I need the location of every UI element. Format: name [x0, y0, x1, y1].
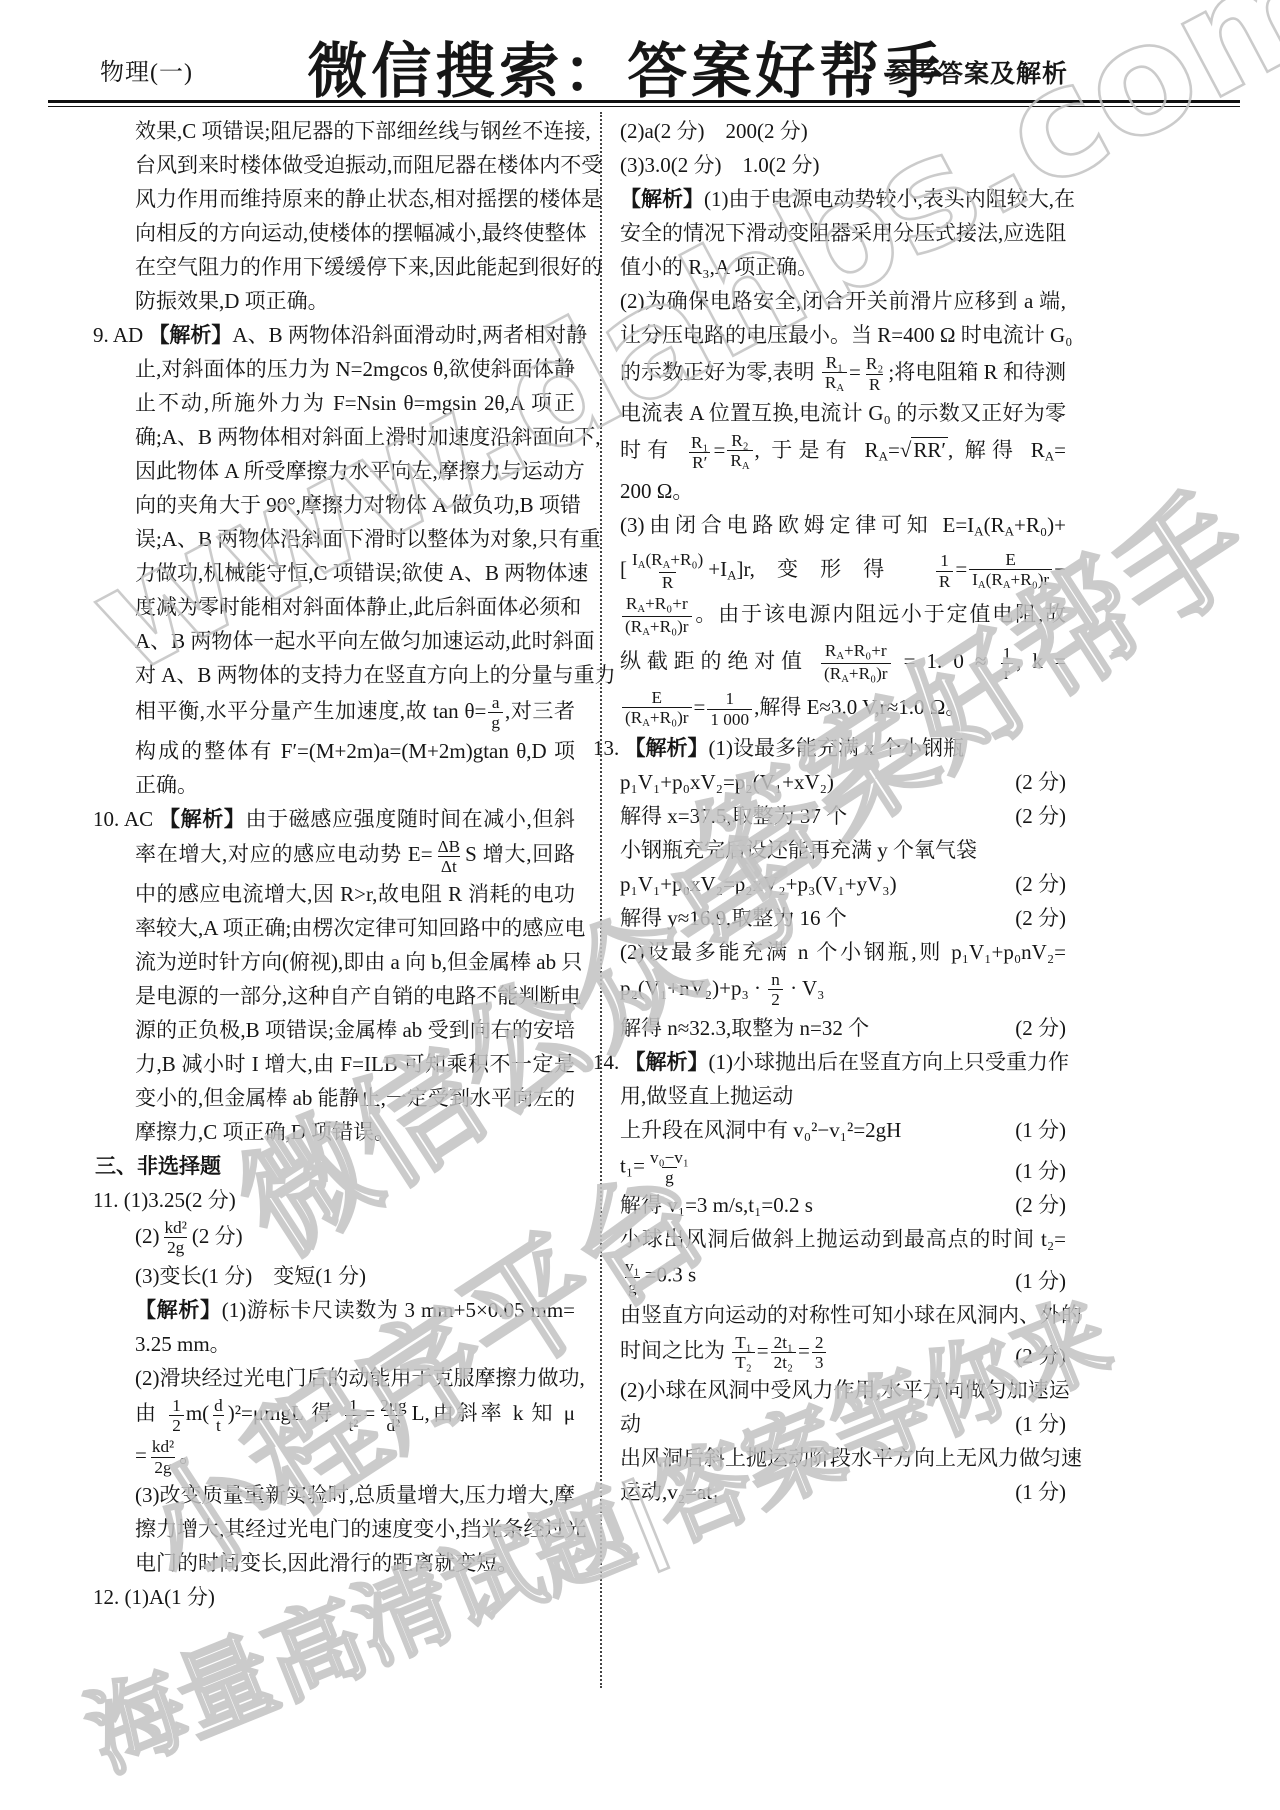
text-line: (2)kd²2g(2 分): [135, 1217, 575, 1259]
text-line: (3)改变质量重新实验时,总质量增大,压力增大,摩: [135, 1478, 575, 1512]
column-divider: [600, 112, 602, 1688]
text-line: 中的感应电流增大,因 R>r,故电阻 R 消耗的电功: [135, 877, 575, 911]
text-line: 效果,C 项错误;阻尼器的下部细丝线与钢丝不连接,: [135, 114, 575, 148]
text-line: 解得 n≈32.3,取整为 n=32 个(2 分): [620, 1011, 1066, 1045]
text-line: 是电源的一部分,这种自产自销的电路不能判断电: [135, 979, 575, 1013]
text-line: (3)由闭合电路欧姆定律可知 E=IA(RA+R₀)+: [620, 508, 1066, 549]
section-heading: 三、非选择题: [95, 1149, 575, 1183]
text-line: 【解析】(1)由于电源电动势较小,表头内阻较大,在: [620, 182, 1066, 216]
score-label: (2 分): [1007, 1011, 1066, 1045]
answer-block: 9. AD 【解析】A、B 两物体沿斜面滑动时,两者相对静止,对斜面体的压力为 …: [135, 318, 575, 802]
text-line: 率在增大,对应的感应电动势 E=ΔBΔtS 增大,回路: [135, 836, 575, 878]
text-line: (3)3.0(2 分) 1.0(2 分): [620, 148, 1066, 182]
text-line: 电流表 A 位置互换,电流计 G₀ 的示数又正好为零: [620, 396, 1066, 430]
answer-block: (2)a(2 分) 200(2 分)(3)3.0(2 分) 1.0(2 分)【解…: [620, 114, 1066, 731]
answers-label: 参考答案及解析: [886, 54, 1068, 90]
right-column: (2)a(2 分) 200(2 分)(3)3.0(2 分) 1.0(2 分)【解…: [620, 114, 1066, 1509]
text-line: 解得 y≈16.9,取整为 16 个(2 分): [620, 901, 1066, 935]
text-line: 小球出风洞后做斜上抛运动到最高点的时间 t₂=: [620, 1222, 1066, 1256]
text-line: 【解析】(1)游标卡尺读数为 3 mm+5×0.05 mm=: [135, 1293, 575, 1327]
text-line: 摩擦力,C 项正确,D 项错误。: [135, 1115, 575, 1149]
text-line: 擦力增大,其经过光电门的速度变小,挡光条经过光: [135, 1512, 575, 1546]
text-line: 3.25 mm。: [135, 1327, 575, 1361]
text-line: (2)小球在风洞中受风力作用,水平方向做匀加速运: [620, 1373, 1066, 1407]
score-label: (1 分): [1007, 1475, 1066, 1509]
text-line: p₂(V₁+nV₂)+p₃ · n2 · V₃: [620, 969, 1066, 1011]
score-label: (1 分): [1007, 1113, 1066, 1147]
text-line: p₁V₁+p₀xV₂=p₂xV₂+p₃(V₁+yV₃)(2 分): [620, 867, 1066, 901]
text-line: [IA(RA+R₀)R+IA]r,变形得 1R=EIA(RA+R₀)r−: [620, 549, 1066, 593]
text-line: p₁V₁+p₀xV₂=p₂(V₁+xV₂)(2 分): [620, 765, 1066, 799]
text-line: 动(1 分): [620, 1407, 1066, 1441]
text-line: 构成的整体有 F′=(M+2m)a=(M+2m)gtan θ,D 项: [135, 734, 575, 768]
text-line: 向的夹角大于 90°,摩擦力对物体 A 做负功,B 项错: [135, 488, 575, 522]
text-line: 在空气阻力的作用下缓缓停下来,因此能起到很好的: [135, 250, 575, 284]
text-line: 止不动,所施外力为 F=Nsin θ=mgsin 2θ,A 项正: [135, 386, 575, 420]
text-line: 的示数正好为零,表明 R₁RA=R₂R;将电阻箱 R 和待测: [620, 352, 1066, 396]
text-line: 止,对斜面体的压力为 N=2mgcos θ,欲使斜面体静: [135, 352, 575, 386]
text-line: 13. 【解析】(1)设最多能充满 x 个小钢瓶: [620, 731, 1066, 765]
score-label: (2 分): [1007, 1188, 1066, 1222]
subject-label: 物理(一): [100, 52, 193, 87]
text-line: 源的正负极,B 项错误;金属棒 ab 受到向右的安培: [135, 1013, 575, 1047]
answer-block: 11. (1)3.25(2 分)(2)kd²2g(2 分)(3)变长(1 分) …: [135, 1183, 575, 1580]
text-line: 度减为零时能相对斜面体静止,此后斜面体必须和: [135, 590, 575, 624]
text-line: v₁g=0.3 s(1 分): [620, 1256, 1066, 1298]
text-line: 11. (1)3.25(2 分): [135, 1183, 575, 1217]
text-line: 出风洞后斜上抛运动阶段水平方向上无风力做匀速: [620, 1441, 1066, 1475]
answer-block: 效果,C 项错误;阻尼器的下部细丝线与钢丝不连接,台风到来时楼体做受迫振动,而阻…: [135, 114, 575, 318]
text-line: 值小的 R₃,A 项正确。: [620, 250, 1066, 284]
text-line: (2)设最多能充满 n 个小钢瓶,则 p₁V₁+p₀nV₂=: [620, 935, 1066, 969]
text-line: 解得 x=37.5,取整为 37 个(2 分): [620, 799, 1066, 833]
text-line: (2)a(2 分) 200(2 分): [620, 114, 1066, 148]
text-line: (3)变长(1 分) 变短(1 分): [135, 1259, 575, 1293]
text-line: 上升段在风洞中有 v₀²−v₁²=2gH(1 分): [620, 1113, 1066, 1147]
answer-block: 12. (1)A(1 分): [135, 1580, 575, 1614]
score-label: (2 分): [1007, 1339, 1066, 1373]
text-line: 因此物体 A 所受摩擦力水平向左,摩擦力与运动方: [135, 454, 575, 488]
text-line: 解得 v₁=3 m/s,t₁=0.2 s(2 分): [620, 1188, 1066, 1222]
score-label: (2 分): [1007, 799, 1066, 833]
text-line: 9. AD 【解析】A、B 两物体沿斜面滑动时,两者相对静: [135, 318, 575, 352]
score-label: (1 分): [1007, 1264, 1066, 1298]
answer-block: 10. AC 【解析】由于磁感应强度随时间在减小,但斜率在增大,对应的感应电动势…: [135, 802, 575, 1150]
text-line: 时有 R₁R′=R₂RA, 于是有 RA=√RR′, 解得 RA=: [620, 430, 1066, 474]
text-line: 率较大,A 项正确;由楞次定律可知回路中的感应电: [135, 911, 575, 945]
text-line: 小钢瓶充完后设还能再充满 y 个氧气袋: [620, 833, 1066, 867]
text-line: 12. (1)A(1 分): [135, 1580, 575, 1614]
text-line: 安全的情况下滑动变阻器采用分压式接法,应选阻: [620, 216, 1066, 250]
text-line: 防振效果,D 项正确。: [135, 284, 575, 318]
text-line: (2)滑块经过光电门后的动能用于克服摩擦力做功,: [135, 1361, 575, 1395]
text-line: 相平衡,水平分量产生加速度,故 tan θ=ag,对三者: [135, 692, 575, 734]
answer-block: 13. 【解析】(1)设最多能充满 x 个小钢瓶p₁V₁+p₀xV₂=p₂(V₁…: [620, 731, 1066, 1045]
page-title: 微信搜索：答案好帮手: [307, 24, 947, 110]
text-line: 误;A、B 两物体沿斜面下滑时以整体为对象,只有重: [135, 522, 575, 556]
text-line: E(RA+R₀)r=11 000,解得 E≈3.0 V,r≈1.0 Ω。: [620, 687, 1066, 731]
text-line: 台风到来时楼体做受迫振动,而阻尼器在楼体内不受: [135, 148, 575, 182]
text-line: 向相反的方向运动,使楼体的摆幅减小,最终使整体: [135, 216, 575, 250]
score-label: (2 分): [1007, 901, 1066, 935]
text-line: 正确。: [135, 768, 575, 802]
score-label: (1 分): [1007, 1407, 1066, 1441]
score-label: (1 分): [1007, 1154, 1066, 1188]
text-line: 电门的时间变长,因此滑行的距离就变短。: [135, 1546, 575, 1580]
text-line: (2)为确保电路安全,闭合开关前滑片应移到 a 端,: [620, 284, 1066, 318]
text-line: 力,B 减小时 I 增大,由 F=ILB 可知乘积不一定是: [135, 1047, 575, 1081]
text-line: 纵截距的绝对值 RA+R₀+r(RA+R₀)r = 1. 0 ≈ 1r, k =: [620, 640, 1066, 687]
text-line: 对 A、B 两物体的支持力在竖直方向上的分量与重力: [135, 658, 575, 692]
answer-block: 14. 【解析】(1)小球抛出后在竖直方向上只受重力作用,做竖直上抛运动上升段在…: [620, 1045, 1066, 1510]
text-line: 流为逆时针方向(俯视),即由 a 向 b,但金属棒 ab 只: [135, 945, 575, 979]
score-label: (2 分): [1007, 765, 1066, 799]
text-line: 运动,v₂=at₁(1 分): [620, 1475, 1066, 1509]
text-line: 由 12m(dt)²=μmgL 得 1t²=2μgd²L,由斜率 k 知 μ: [135, 1395, 575, 1437]
text-line: 14. 【解析】(1)小球抛出后在竖直方向上只受重力作: [620, 1045, 1066, 1079]
text-line: 变小的,但金属棒 ab 能静止,一定受到水平向左的: [135, 1081, 575, 1115]
text-line: 时间之比为 T₁T₂=2t₁2t₂=23(2 分): [620, 1332, 1066, 1374]
text-line: 用,做竖直上抛运动: [620, 1079, 1066, 1113]
header-rule-thick: [48, 100, 1240, 103]
header-rule-thin: [48, 106, 1240, 107]
text-line: 力做功,机械能守恒,C 项错误;欲使 A、B 两物体速: [135, 556, 575, 590]
text-line: RA+R₀+r(RA+R₀)r。由于该电源内阻远小于定值电阻,故: [620, 593, 1066, 640]
text-line: 确;A、B 两物体相对斜面上滑时加速度沿斜面向下,: [135, 420, 575, 454]
text-line: 三、非选择题: [95, 1149, 575, 1183]
page-header: 物理(一) 微信搜索：答案好帮手 参考答案及解析: [0, 0, 1280, 100]
text-line: A、B 两物体一起水平向左做匀加速运动,此时斜面: [135, 624, 575, 658]
text-line: 200 Ω。: [620, 474, 1066, 508]
text-line: =kd²2g。: [135, 1436, 575, 1478]
text-line: 由竖直方向运动的对称性可知小球在风洞内、外的: [620, 1298, 1066, 1332]
score-label: (2 分): [1007, 867, 1066, 901]
text-line: 风力作用而维持原来的静止状态,相对摇摆的楼体是: [135, 182, 575, 216]
text-line: 10. AC 【解析】由于磁感应强度随时间在减小,但斜: [135, 802, 575, 836]
left-column: 效果,C 项错误;阻尼器的下部细丝线与钢丝不连接,台风到来时楼体做受迫振动,而阻…: [135, 114, 575, 1614]
text-line: t₁=v₀−v₁g(1 分): [620, 1147, 1066, 1189]
text-line: 让分压电路的电压最小。当 R=400 Ω 时电流计 G₀: [620, 318, 1066, 352]
